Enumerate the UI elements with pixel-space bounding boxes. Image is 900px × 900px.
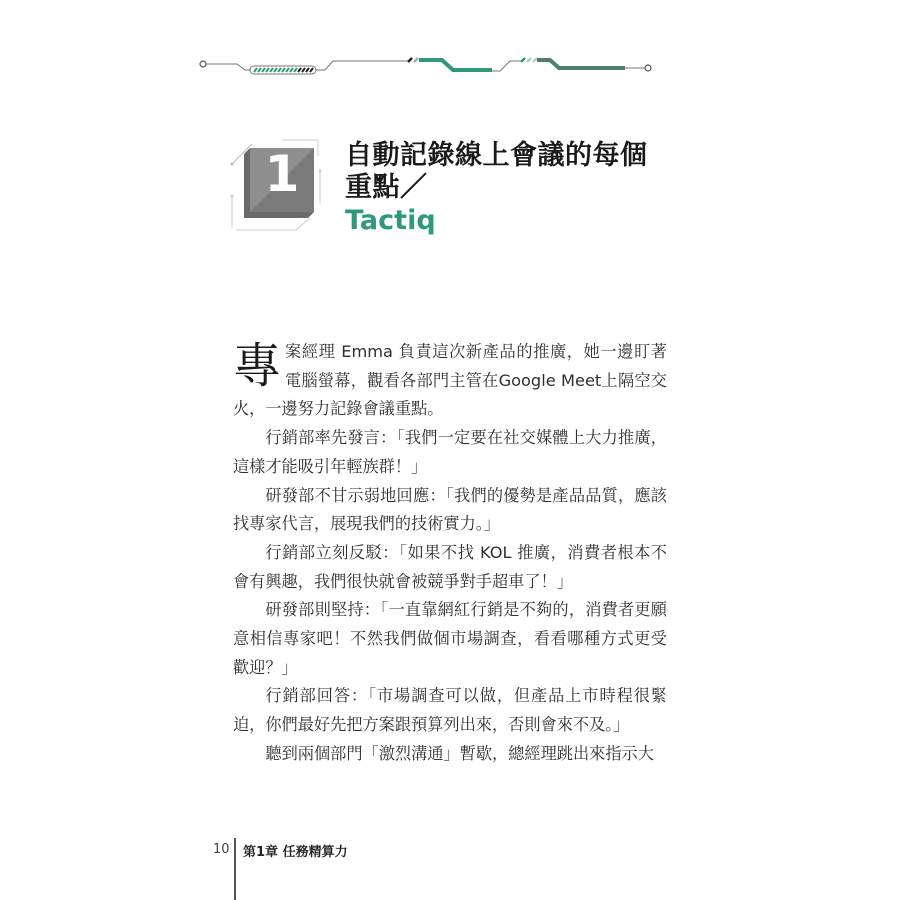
paragraph-1: 專案經理 Emma 負責這次新產品的推廣，她一邊盯著電腦螢幕，觀看各部門主管在G…: [233, 338, 667, 424]
paragraph-6: 行銷部回答：「市場調查可以做，但產品上市時程很緊迫，你們最好先把方案跟預算列出來…: [233, 682, 667, 739]
drop-cap: 專: [233, 342, 281, 390]
section-title: 自動記錄線上會議的每個 重點／ Tactiq: [345, 140, 665, 238]
paragraph-1-text: 案經理 Emma 負責這次新產品的推廣，她一邊盯著電腦螢幕，觀看各部門主管在Go…: [233, 342, 667, 418]
circuit-ornament-icon: [195, 50, 665, 80]
paragraph-7: 聽到兩個部門「激烈溝通」暫歇，總經理跳出來指示大: [233, 740, 667, 769]
paragraph-2: 行銷部率先發言：「我們一定要在社交媒體上大力推廣，這樣才能吸引年輕族群！」: [233, 424, 667, 481]
title-line-1: 自動記錄線上會議的每個: [345, 140, 665, 172]
paragraph-5: 研發部則堅持：「一直靠網紅行銷是不夠的，消費者更願意相信專家吧！不然我們做個市場…: [233, 596, 667, 682]
paragraph-3: 研發部不甘示弱地回應：「我們的優勢是產品品質，應該找專家代言，展現我們的技術實力…: [233, 482, 667, 539]
running-head: 第1章 任務精算力: [243, 841, 348, 860]
page-number: 10: [213, 842, 230, 857]
paragraph-4: 行銷部立刻反駁：「如果不找 KOL 推廣，消費者根本不會有興趣，我們很快就會被競…: [233, 539, 667, 596]
footer-divider: [234, 838, 236, 900]
chapter-number: 1: [262, 146, 302, 202]
title-product-name: Tactiq: [345, 204, 665, 238]
body-text: 專案經理 Emma 負責這次新產品的推廣，她一邊盯著電腦螢幕，觀看各部門主管在G…: [233, 338, 667, 769]
title-line-2: 重點／: [345, 172, 665, 204]
